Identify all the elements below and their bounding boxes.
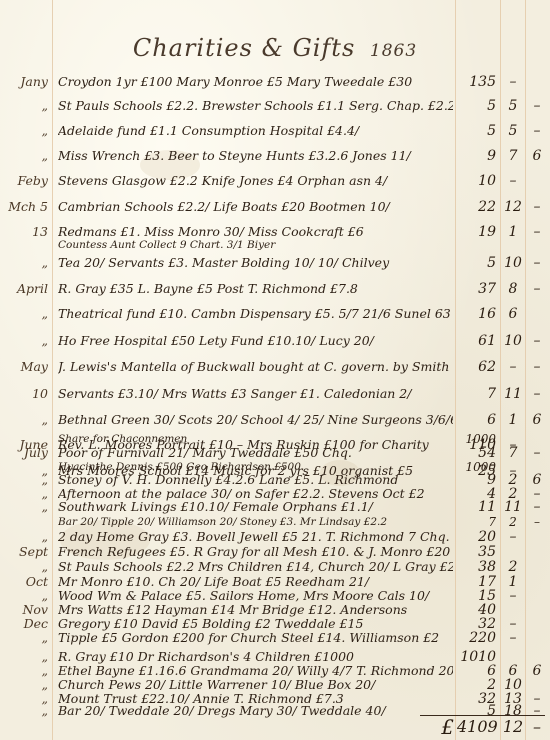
entry-description: Cambrian Schools £2.2/ Life Boats £20 Bo… [58, 197, 453, 217]
entry-date: „ [2, 146, 52, 166]
entry-description: St Pauls Schools £2.2 Mrs Children £14, … [58, 560, 453, 574]
entry-date: 10 [2, 384, 52, 404]
ledger-row: JanyCroydon 1yr £100 Mary Monroe £5 Mary… [0, 72, 550, 92]
entry-date: „ [2, 253, 52, 273]
entry-description: Miss Wrench £3. Beer to Steyne Hunts £3.… [58, 146, 453, 166]
ledger-row: „Wood Wm & Palace £5. Sailors Home, Mrs … [0, 589, 550, 603]
entry-pounds: 7 [457, 384, 499, 404]
ledger-row: JulyPoor of Furnivall 21/ Mary Tweddale … [0, 446, 550, 460]
entry-shillings: 1 [501, 575, 525, 589]
entry-date: May [2, 357, 52, 377]
entry-description: Mrs Watts £12 Hayman £14 Mr Bridge £12. … [58, 603, 453, 617]
entry-description: Bar 20/ Tipple 20/ Williamson 20/ Stoney… [58, 515, 453, 529]
entry-description: Stevens Glasgow £2.2 Knife Jones £4 Orph… [58, 171, 453, 191]
entry-pence: – [526, 446, 548, 460]
ledger-row: SeptFrench Refugees £5. R Gray for all M… [0, 545, 550, 559]
entry-pence: 6 [526, 146, 548, 166]
entry-description: Servants £3.10/ Mrs Watts £3 Sanger £1. … [58, 384, 453, 404]
entry-shillings: 11 [501, 500, 525, 514]
entry-pounds: 17 [457, 575, 499, 589]
entry-date: Sept [2, 545, 52, 559]
ledger-row: DecGregory £10 David £5 Bolding £2 Twedd… [0, 617, 550, 631]
entry-pounds: 11 [457, 500, 499, 514]
entry-date: „ [2, 560, 52, 574]
entry-pounds: 7 [457, 515, 499, 529]
entry-pounds: 22 [457, 197, 499, 217]
ledger-row: „Stoney of V. H. Donnelly £4.2.6 Lane £5… [0, 473, 550, 487]
entry-shillings: – [501, 617, 525, 631]
entry-description: Afternoon at the palace 30/ on Safer £2.… [58, 487, 453, 501]
ledger-total: £ 4109 12 – [0, 716, 550, 738]
entry-pence: 6 [526, 664, 548, 678]
entry-date: „ [2, 664, 52, 678]
ledger-row: MayJ. Lewis's Mantella of Buckwall bough… [0, 357, 550, 377]
entry-pence: 6 [526, 473, 548, 487]
entry-description: J. Lewis's Mantella of Buckwall bought a… [58, 357, 453, 377]
entry-date: „ [2, 96, 52, 116]
entry-pounds: 135 [457, 72, 499, 92]
entry-date: „ [2, 589, 52, 603]
entry-date: „ [2, 473, 52, 487]
entry-pence: – [526, 500, 548, 514]
entry-pounds: 10 [457, 171, 499, 191]
entry-shillings: 5 [501, 121, 525, 141]
entry-date: „ [2, 678, 52, 692]
entry-description: Tipple £5 Gordon £200 for Church Steel £… [58, 631, 453, 645]
entry-shillings: 7 [501, 146, 525, 166]
entry-description: R. Gray £10 Dr Richardson's 4 Children £… [58, 650, 453, 664]
entry-pence: – [526, 279, 548, 299]
entry-pence: – [526, 121, 548, 141]
ledger-row: „Southwark Livings £10.10/ Female Orphan… [0, 500, 550, 514]
entry-pounds: 32 [457, 617, 499, 631]
entry-shillings: 1 [501, 410, 525, 430]
entry-pounds: 9 [457, 473, 499, 487]
title-year: 1863 [370, 41, 417, 61]
ledger-row: Share for Chaconnemen1000 [0, 432, 550, 446]
entry-date: „ [2, 410, 52, 430]
entry-description: Bethnal Green 30/ Scots 20/ School 4/ 25… [58, 410, 453, 430]
ledger-row: „Ethel Bayne £1.16.6 Grandmama 20/ Willy… [0, 664, 550, 678]
entry-pounds: 61 [457, 331, 499, 351]
entry-shillings: 2 [501, 560, 525, 574]
ledger-row: OctMr Monro £10. Ch 20/ Life Boat £5 Ree… [0, 575, 550, 589]
entry-description: Gregory £10 David £5 Bolding £2 Tweddale… [58, 617, 453, 631]
entry-date: Nov [2, 603, 52, 617]
entry-pounds: 35 [457, 545, 499, 559]
entry-description: R. Gray £35 L. Bayne £5 Post T. Richmond… [58, 279, 453, 299]
entry-pence: – [526, 96, 548, 116]
ledger-row: 10Servants £3.10/ Mrs Watts £3 Sanger £1… [0, 384, 550, 404]
page-title: Charities & Gifts 1863 [0, 34, 550, 62]
ledger-row: „Church Pews 20/ Little Warrener 10/ Blu… [0, 678, 550, 692]
entry-shillings: 12 [501, 197, 525, 217]
entry-date: July [2, 446, 52, 460]
entry-pence: 6 [526, 410, 548, 430]
entry-description: Wood Wm & Palace £5. Sailors Home, Mrs M… [58, 589, 453, 603]
entry-date: „ [2, 650, 52, 664]
entry-pounds: 5 [457, 121, 499, 141]
ledger-row: Bar 20/ Tipple 20/ Williamson 20/ Stoney… [0, 515, 550, 529]
ledger-row: AprilR. Gray £35 L. Bayne £5 Post T. Ric… [0, 279, 550, 299]
entry-date: „ [2, 304, 52, 324]
entry-pounds: 5 [457, 96, 499, 116]
entry-date: „ [2, 631, 52, 645]
ledger-row: „Afternoon at the palace 30/ on Safer £2… [0, 487, 550, 501]
entry-pounds: 37 [457, 279, 499, 299]
ledger-row: „2 day Home Gray £3. Bovell Jewell £5 21… [0, 530, 550, 544]
total-pence: – [526, 716, 548, 738]
entry-shillings: 10 [501, 331, 525, 351]
entry-description: Mr Monro £10. Ch 20/ Life Boat £5 Reedha… [58, 575, 453, 589]
entry-description: Adelaide fund £1.1 Consumption Hospital … [58, 121, 453, 141]
entry-description: Ethel Bayne £1.16.6 Grandmama 20/ Willy … [58, 664, 453, 678]
ledger-row: „St Pauls Schools £2.2 Mrs Children £14,… [0, 560, 550, 574]
entry-shillings: 6 [501, 664, 525, 678]
entry-description: French Refugees £5. R Gray for all Mesh … [58, 545, 453, 559]
entry-date: Mch 5 [2, 197, 52, 217]
entry-date: „ [2, 331, 52, 351]
entry-shillings: – [501, 631, 525, 645]
entry-shillings: 6 [501, 304, 525, 324]
entry-description: Countess Aunt Collect 9 Chart. 3/1 Biyer [58, 238, 453, 252]
entry-date: „ [2, 530, 52, 544]
ledger-row: NovMrs Watts £12 Hayman £14 Mr Bridge £1… [0, 603, 550, 617]
entry-description: Ho Free Hospital £50 Lety Fund £10.10/ L… [58, 331, 453, 351]
entry-pounds: 54 [457, 446, 499, 460]
entry-shillings: 5 [501, 96, 525, 116]
entry-pounds: 40 [457, 603, 499, 617]
entry-date: Oct [2, 575, 52, 589]
entry-date: Jany [2, 72, 52, 92]
entry-shillings: – [501, 530, 525, 544]
entry-pounds: 15 [457, 589, 499, 603]
entry-date: April [2, 279, 52, 299]
entry-description: Theatrical fund £10. Cambn Dispensary £5… [58, 304, 453, 324]
entry-pence: – [526, 357, 548, 377]
entry-pounds: 38 [457, 560, 499, 574]
ledger-row: Mch 5Cambrian Schools £2.2/ Life Boats £… [0, 197, 550, 217]
entry-pounds: 2 [457, 678, 499, 692]
ledger-page: Charities & Gifts 1863 JanyCroydon 1yr £… [0, 0, 550, 740]
entry-pence: – [526, 331, 548, 351]
entry-pounds: 1010 [457, 650, 499, 664]
entry-pence: – [526, 515, 548, 529]
entry-pounds: 62 [457, 357, 499, 377]
entry-shillings: 10 [501, 678, 525, 692]
entry-shillings: 2 [501, 473, 525, 487]
entry-description: Hyacinthe Dennis £500 Geo Richardson £50… [58, 460, 453, 474]
entry-description: Southwark Livings £10.10/ Female Orphans… [58, 500, 453, 514]
entry-description: Stoney of V. H. Donnelly £4.2.6 Lane £5.… [58, 473, 453, 487]
entry-pence: – [526, 384, 548, 404]
entry-date: „ [2, 500, 52, 514]
entry-description: St Pauls Schools £2.2. Brewster Schools … [58, 96, 453, 116]
total-shillings: 12 [501, 716, 525, 738]
entry-description: Poor of Furnivall 21/ Mary Tweddale £50 … [58, 446, 453, 460]
entry-shillings: – [501, 171, 525, 191]
ledger-row: „Miss Wrench £3. Beer to Steyne Hunts £3… [0, 146, 550, 166]
ledger-row: „Tea 20/ Servants £3. Master Bolding 10/… [0, 253, 550, 273]
entry-shillings: – [501, 72, 525, 92]
entry-shillings: 8 [501, 279, 525, 299]
ledger-row: „R. Gray £10 Dr Richardson's 4 Children … [0, 650, 550, 664]
entry-date: „ [2, 121, 52, 141]
entry-pounds: 220 [457, 631, 499, 645]
entry-description: Tea 20/ Servants £3. Master Bolding 10/ … [58, 253, 453, 273]
entry-shillings: 2 [501, 515, 525, 529]
entry-pounds: 6 [457, 664, 499, 678]
entry-date: Dec [2, 617, 52, 631]
title-text: Charities & Gifts [133, 34, 355, 62]
entry-shillings: 10 [501, 253, 525, 273]
entry-pence: – [526, 253, 548, 273]
entry-description: Croydon 1yr £100 Mary Monroe £5 Mary Twe… [58, 72, 453, 92]
entry-pounds: 5 [457, 253, 499, 273]
ledger-row: „St Pauls Schools £2.2. Brewster Schools… [0, 96, 550, 116]
entry-description: Share for Chaconnemen [58, 432, 453, 446]
ledger-row: Hyacinthe Dennis £500 Geo Richardson £50… [0, 460, 550, 474]
pound-sign-icon: £ [418, 716, 454, 738]
ledger-row: „Bethnal Green 30/ Scots 20/ School 4/ 2… [0, 410, 550, 430]
entry-date: Feby [2, 171, 52, 191]
ledger-row: „Adelaide fund £1.1 Consumption Hospital… [0, 121, 550, 141]
entry-pounds: 20 [457, 530, 499, 544]
ledger-row: „Tipple £5 Gordon £200 for Church Steel … [0, 631, 550, 645]
ledger-row: „Ho Free Hospital £50 Lety Fund £10.10/ … [0, 331, 550, 351]
entry-pounds: 9 [457, 146, 499, 166]
entry-description: Church Pews 20/ Little Warrener 10/ Blue… [58, 678, 453, 692]
entry-shillings: – [501, 357, 525, 377]
entry-shillings: 11 [501, 384, 525, 404]
entry-shillings: 7 [501, 446, 525, 460]
entry-pence: – [526, 197, 548, 217]
ledger-row: Countess Aunt Collect 9 Chart. 3/1 Biyer [0, 238, 550, 252]
total-pounds: 4109 [457, 716, 499, 738]
entry-description: 2 day Home Gray £3. Bovell Jewell £5 21.… [58, 530, 453, 544]
entry-pounds: 6 [457, 410, 499, 430]
ledger-row: „Theatrical fund £10. Cambn Dispensary £… [0, 304, 550, 324]
entry-pounds: 16 [457, 304, 499, 324]
entry-shillings: – [501, 589, 525, 603]
entry-pounds: 1000 [457, 432, 499, 446]
ledger-row: FebyStevens Glasgow £2.2 Knife Jones £4 … [0, 171, 550, 191]
